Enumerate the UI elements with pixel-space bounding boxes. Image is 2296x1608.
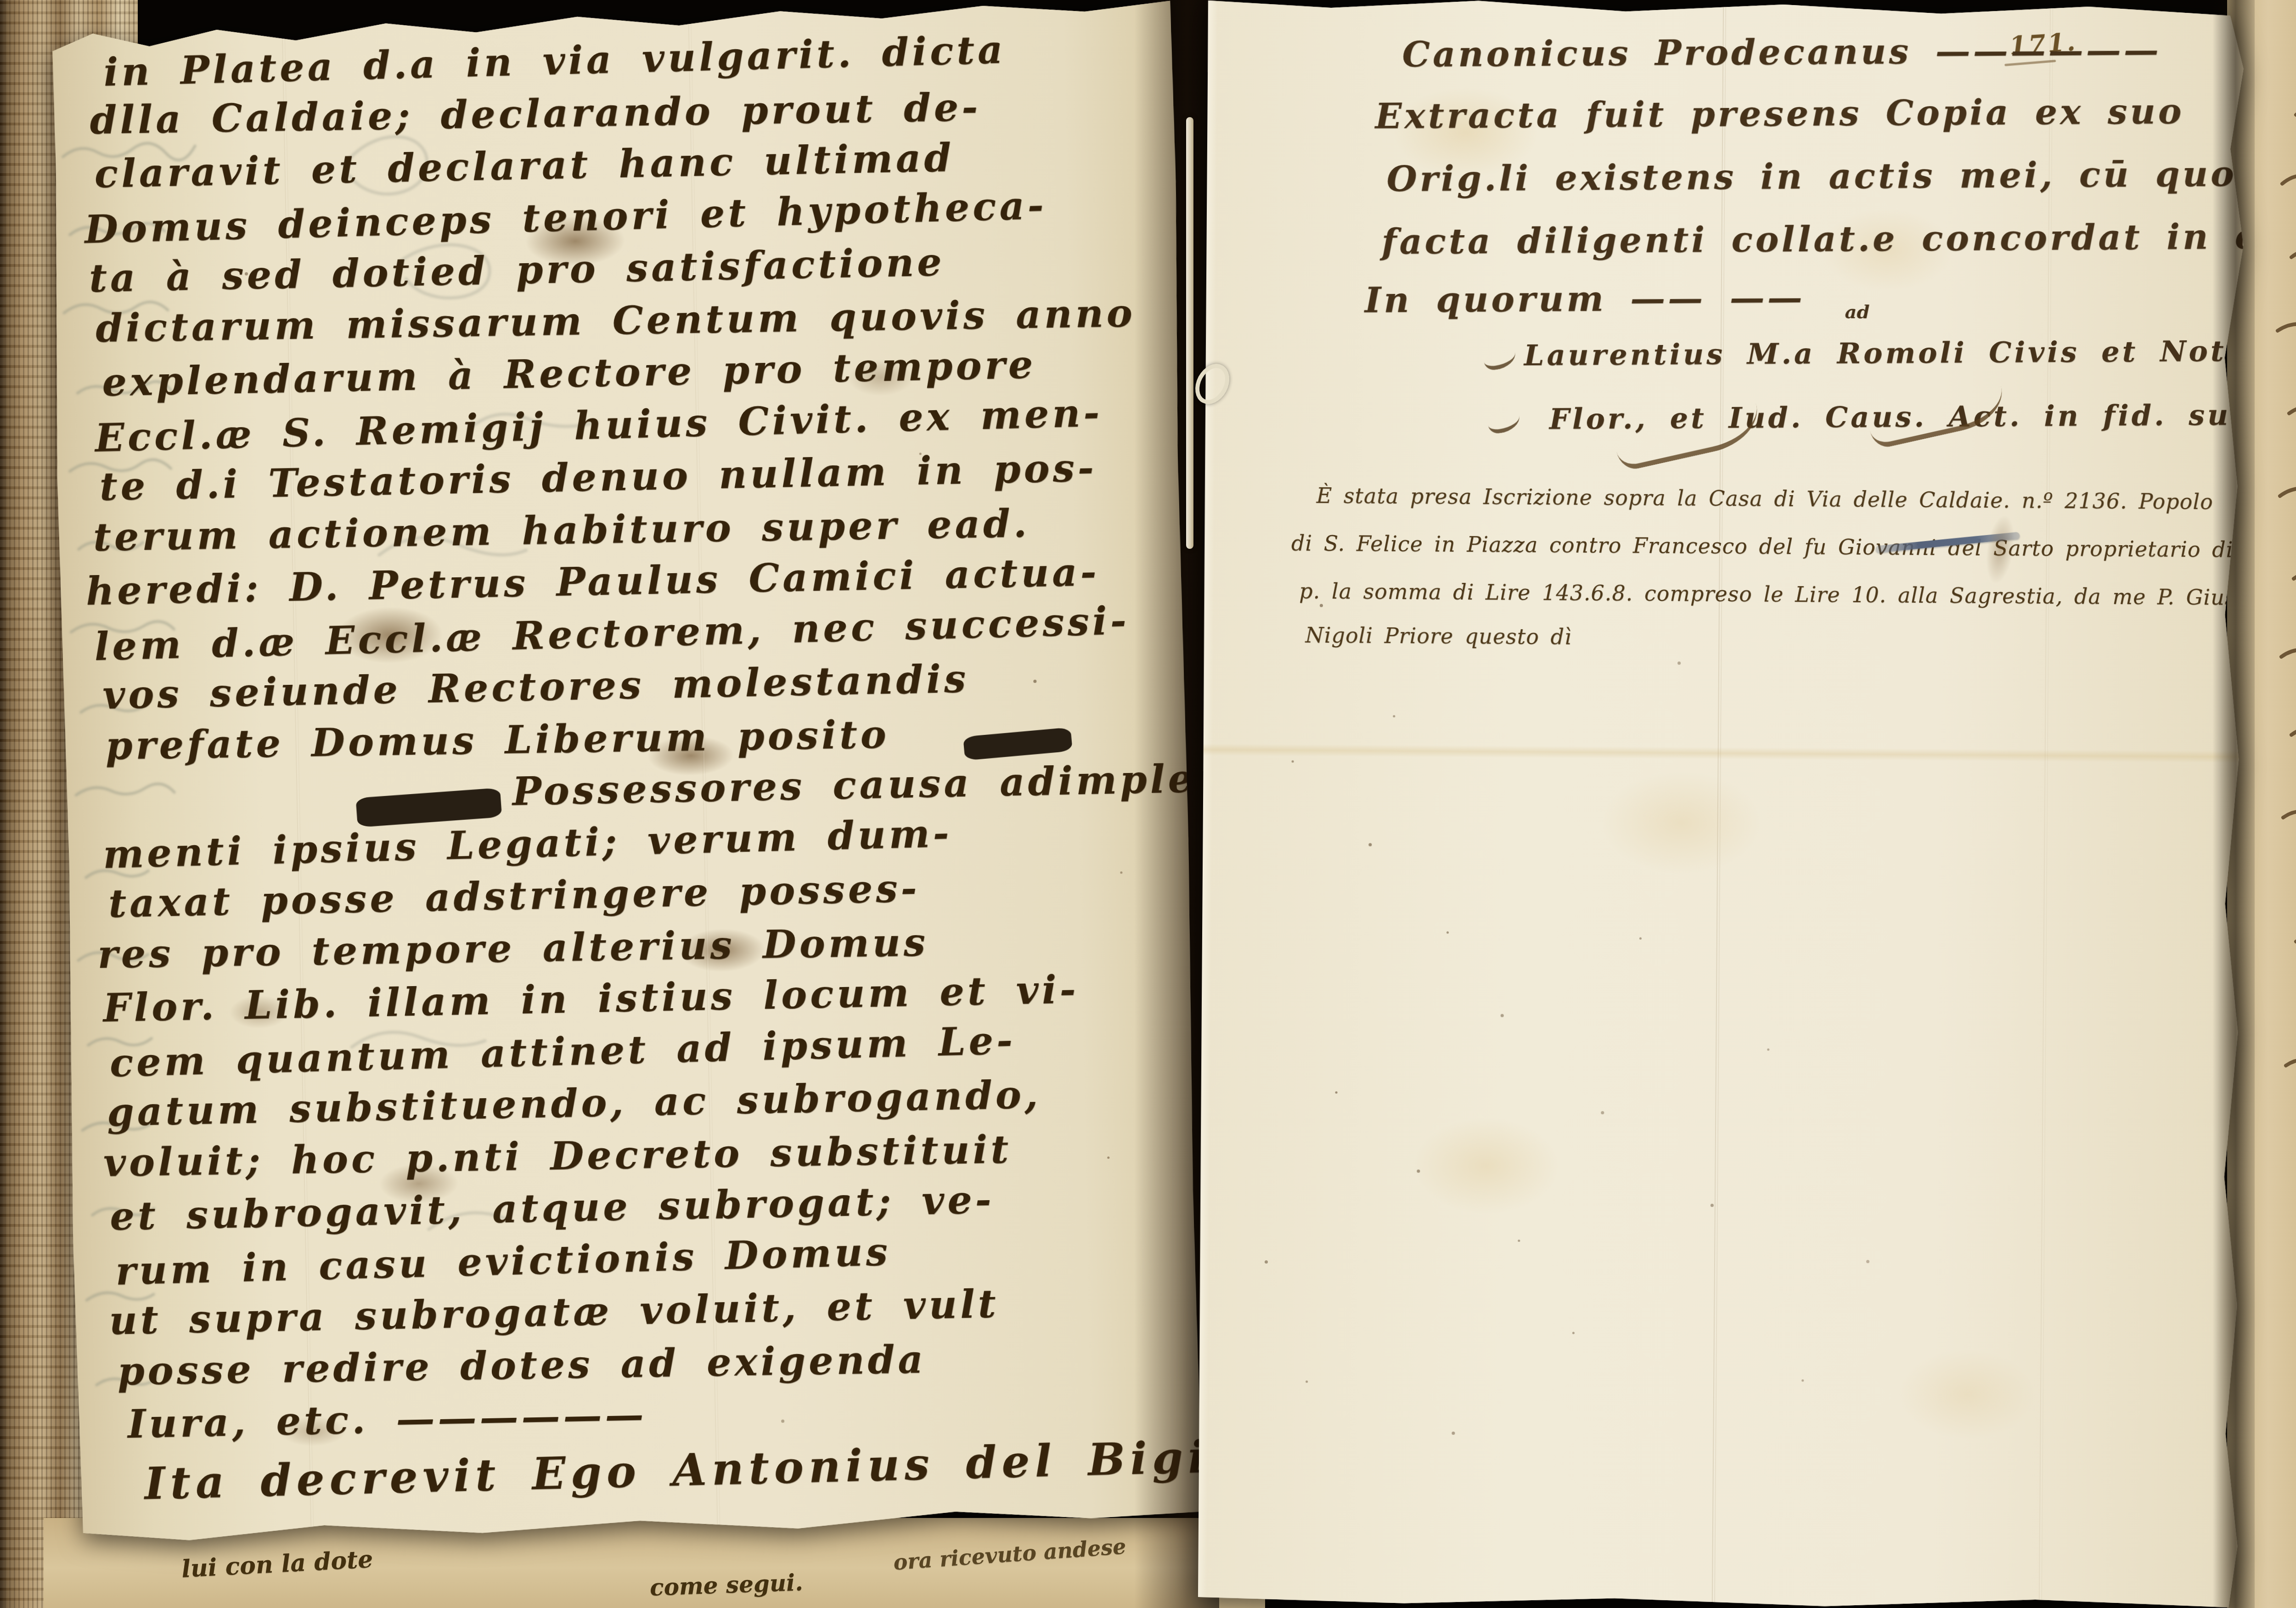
binding-thread <box>1186 117 1193 549</box>
paper-fold-band <box>1200 744 2251 763</box>
attestation-line-6: Laurentius M.a Romoli Civis et Not. <box>1524 334 2240 372</box>
attestation-line-1: Canonicus Prodecanus —————— <box>1402 29 2161 75</box>
register-note-line-2: di S. Felice in Piazza contro Francesco … <box>1291 530 2296 563</box>
manuscript-line-1: in Platea d.a in via vulgarit. dicta <box>103 27 1006 95</box>
manuscript-line-18: res pro tempore alterius Domus <box>97 919 929 977</box>
register-note-line-4: Nigoli Priore questo dì <box>1305 623 1572 649</box>
manuscript-line-15: Possessores causa adimple- <box>512 755 1216 814</box>
paragraph-flourish <box>1482 344 1518 372</box>
attestation-line-4: facta diligenti collat.e concordat in om… <box>1381 215 2296 262</box>
left-page: in Platea d.a in via vulgarit. dicta dll… <box>47 0 1204 1548</box>
paper-stain <box>1874 1334 2059 1455</box>
paper-stain <box>1390 1101 1583 1231</box>
manuscript-line-3: claravit et declarat hanc ultimad <box>94 135 955 197</box>
attestation-superscript: ad <box>1845 301 1869 323</box>
manuscript-line-6: dictarum missarum Centum quovis anno <box>95 290 1136 351</box>
under-page-fragment: come segui. <box>649 1569 803 1601</box>
manuscript-line-17: taxat posse adstringere posses- <box>108 865 920 926</box>
manuscript-line-14: prefate Domus Liberum posito <box>105 711 890 768</box>
manuscript-line-24: rum in casu evictionis Domus <box>115 1229 891 1294</box>
paragraph-flourish <box>1486 408 1522 435</box>
manuscript-photo: lui con la dote come segui. ora ricevuto… <box>0 0 2296 1608</box>
ink-strikethrough <box>963 727 1073 761</box>
signature-flourish <box>1867 386 2009 450</box>
attestation-line-3: Orig.li existens in actis mei, cū quo <box>1386 153 2237 199</box>
right-page: 171. Canonicus Prodecanus —————— Extract… <box>1194 0 2257 1608</box>
manuscript-line-26: posse redire dotes ad exigenda <box>117 1337 926 1394</box>
manuscript-line-10: terum actionem habituro super ead. <box>93 500 1030 559</box>
attestation-line-2: Extracta fuit presens Copia ex suo <box>1375 90 2184 136</box>
ink-specks <box>47 19 50 22</box>
manuscript-line-2: dlla Caldaie; declarando prout de- <box>90 84 981 143</box>
paper-stain <box>1576 753 1788 892</box>
under-page-fragment: ora ricevuto andese <box>893 1534 1127 1574</box>
attestation-line-5: In quorum —— —— <box>1364 277 1805 321</box>
manuscript-line-27: Iura, etc. —————— <box>127 1391 647 1447</box>
register-note-line-1: È stata presa Iscrizione sopra la Casa d… <box>1316 483 2213 514</box>
under-page-fragment: lui con la dote <box>181 1545 374 1583</box>
ink-strikethrough <box>355 788 502 827</box>
register-note-line-3: p. la somma di Lire 143.6.8. compreso le… <box>1299 579 2290 610</box>
manuscript-line-22: voluit; hoc p.nti Decreto substituit <box>103 1126 1012 1185</box>
